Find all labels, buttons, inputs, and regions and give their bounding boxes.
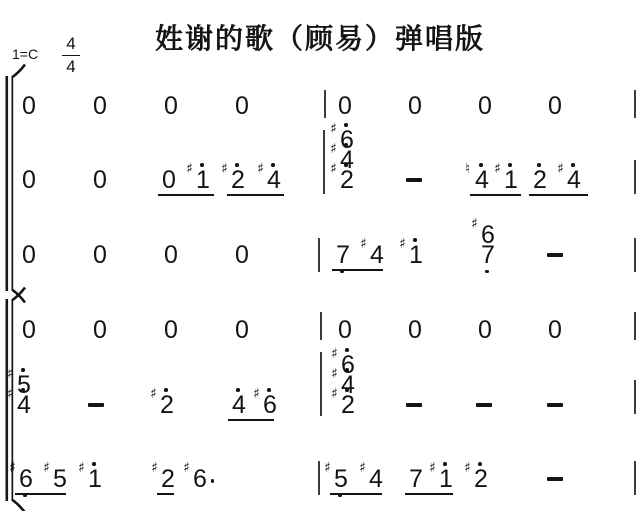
note-digit: 0 [164,320,178,340]
octave-dot-above [236,388,240,392]
duration-dash [547,403,563,407]
note-digit: 1 [504,170,518,190]
melody-note: 2 [533,170,548,190]
melody-note: 5♯ [53,469,68,489]
note-digit: 7 [409,469,423,489]
barline [634,380,636,414]
sharp-sign-icon: ♯ [78,461,85,475]
natural-sign-icon: ♮ [465,162,470,176]
sharp-sign-icon: ♯ [186,162,193,176]
sharp-sign-icon: ♯ [151,461,158,475]
rest-note: 0 [235,245,250,265]
melody-note: 2♯ [231,170,246,190]
melody-note: 4♯ [267,170,282,190]
sharp-sign-icon: ♯ [330,142,337,156]
duration-underline [330,493,382,495]
rest-note: 0 [22,320,37,340]
duration-dash [547,477,563,481]
sharp-sign-icon: ♯ [324,461,331,475]
sharp-sign-icon: ♯ [330,162,337,176]
note-digit: 6 [19,469,33,489]
note-digit: 2 [161,469,175,489]
melody-note: 4♯ [370,245,385,265]
octave-dot-above [479,163,483,167]
barline [318,238,320,272]
melody-note: 1♯ [504,170,519,190]
augmentation-dot [211,479,215,483]
note-digit: 6 [263,395,277,415]
octave-dot-above [21,368,25,372]
rest-note: 0 [162,170,177,190]
sharp-sign-icon: ♯ [330,122,337,136]
melody-note: 4♮ [475,170,490,190]
barline [634,160,636,194]
octave-dot-above [164,388,168,392]
barline [323,130,325,194]
note-digit: 0 [164,96,178,116]
note-digit: 0 [235,320,249,340]
barline [318,461,320,495]
note-digit: 2 [474,469,488,489]
note-digit: 0 [22,170,36,190]
rest-note: 0 [478,320,493,340]
sharp-sign-icon: ♯ [150,387,157,401]
note-digit: 0 [548,96,562,116]
note-digit: 0 [235,96,249,116]
note-digit: 0 [93,320,107,340]
note-digit: 4 [567,170,581,190]
note-digit: 0 [22,96,36,116]
duration-underline [470,194,521,196]
octave-dot-above [344,123,348,127]
rest-note: 0 [235,320,250,340]
duration-underline [228,419,274,421]
note-digit: 5 [53,469,67,489]
barline [634,461,636,495]
sharp-sign-icon: ♯ [331,387,338,401]
duration-underline [15,493,66,495]
sharp-sign-icon: ♯ [360,237,367,251]
barline [324,90,326,118]
sharp-sign-icon: ♯ [221,162,228,176]
note-digit: 4 [370,245,384,265]
melody-note: 2♯ [474,469,489,489]
rest-note: 0 [164,96,179,116]
rest-note: 0 [338,96,353,116]
note-digit: 2 [533,170,547,190]
melody-note: 6♯ [341,355,356,375]
note-digit: 0 [478,320,492,340]
octave-dot-above [508,163,512,167]
octave-dot-above [271,163,275,167]
duration-dash [88,403,104,407]
melody-note: 2♯ [160,395,175,415]
rest-note: 0 [164,245,179,265]
barline [634,90,636,118]
melody-note: 4♯ [567,170,582,190]
barline [320,352,322,416]
rest-note: 0 [22,245,37,265]
duration-underline [529,194,588,196]
note-digit: 6 [193,469,207,489]
rest-note: 0 [164,320,179,340]
sharp-sign-icon: ♯ [253,387,260,401]
note-digit: 0 [162,170,176,190]
melody-note: 1♯ [409,245,424,265]
duration-dash [476,403,492,407]
duration-dash [406,403,422,407]
sharp-sign-icon: ♯ [331,367,338,381]
sharp-sign-icon: ♯ [183,461,190,475]
octave-dot-above [267,388,271,392]
note-digit: 6 [341,355,355,375]
score-area: 000000000001♯2♯4♯2♯4♯6♯4♮1♯24♯000074♯1♯7… [0,0,640,511]
rest-note: 0 [22,170,37,190]
melody-note: 5♯ [17,375,32,395]
note-digit: 0 [478,96,492,116]
melody-note: 1♯ [196,170,211,190]
note-digit: 4 [232,395,246,415]
duration-dash [406,178,422,182]
note-digit: 7 [336,245,350,265]
melody-note: 1♯ [439,469,454,489]
note-digit: 0 [93,245,107,265]
melody-note: 4 [232,395,247,415]
octave-dot-above [92,462,96,466]
octave-dot-above [571,163,575,167]
sharp-sign-icon: ♯ [429,461,436,475]
melody-note: 7 [336,245,351,265]
octave-dot-below [485,270,489,274]
duration-underline [158,194,214,196]
note-digit: 1 [88,469,102,489]
note-digit: 6 [481,225,495,245]
duration-underline [157,493,174,495]
note-digit: 0 [408,96,422,116]
sharp-sign-icon: ♯ [557,162,564,176]
sheet-music-page: 姓谢的歌（顾易）弹唱版 1=C 4 4 000000000001♯2♯4♯2♯4… [0,0,640,511]
octave-dot-above [200,163,204,167]
duration-underline [227,194,284,196]
duration-underline [405,493,453,495]
note-digit: 0 [93,96,107,116]
octave-dot-above [478,462,482,466]
sharp-sign-icon: ♯ [43,461,50,475]
melody-note: 6♯ [340,130,355,150]
note-digit: 1 [439,469,453,489]
note-digit: 1 [196,170,210,190]
note-digit: 0 [93,170,107,190]
sharp-sign-icon: ♯ [7,367,14,381]
note-digit: 4 [369,469,383,489]
note-digit: 0 [338,320,352,340]
duration-underline [332,269,383,271]
rest-note: 0 [93,320,108,340]
octave-dot-above [443,462,447,466]
melody-note: 1♯ [88,469,103,489]
melody-note: 6♯ [263,395,278,415]
rest-note: 0 [408,320,423,340]
melody-note: 6♯ [481,225,496,245]
melody-note: 4♯ [369,469,384,489]
barline [634,238,636,272]
rest-note: 0 [93,245,108,265]
note-digit: 0 [235,245,249,265]
note-digit: 5 [17,375,31,395]
melody-note: 5♯ [334,469,349,489]
rest-note: 0 [93,170,108,190]
note-digit: 0 [22,320,36,340]
note-digit: 2 [231,170,245,190]
sharp-sign-icon: ♯ [399,237,406,251]
note-digit: 0 [548,320,562,340]
barline [634,312,636,340]
rest-note: 0 [548,320,563,340]
note-digit: 2 [160,395,174,415]
melody-note: 2♯ [161,469,176,489]
note-digit: 0 [338,96,352,116]
sharp-sign-icon: ♯ [359,461,366,475]
barline [320,312,322,340]
sharp-sign-icon: ♯ [257,162,264,176]
rest-note: 0 [338,320,353,340]
note-digit: 4 [475,170,489,190]
note-digit: 0 [408,320,422,340]
rest-note: 0 [478,96,493,116]
sharp-sign-icon: ♯ [7,387,14,401]
duration-dash [547,253,563,257]
melody-note: 6♯ [193,469,208,489]
melody-note: 6♯ [19,469,34,489]
note-digit: 5 [334,469,348,489]
sharp-sign-icon: ♯ [471,217,478,231]
rest-note: 0 [93,96,108,116]
note-digit: 0 [22,245,36,265]
melody-note: 7 [409,469,424,489]
sharp-sign-icon: ♯ [331,347,338,361]
rest-note: 0 [408,96,423,116]
octave-dot-above [537,163,541,167]
rest-note: 0 [548,96,563,116]
sharp-sign-icon: ♯ [464,461,471,475]
rest-note: 0 [235,96,250,116]
octave-dot-above [345,348,349,352]
note-digit: 4 [267,170,281,190]
note-digit: 6 [340,130,354,150]
octave-dot-above [235,163,239,167]
sharp-sign-icon: ♯ [9,461,16,475]
note-digit: 0 [164,245,178,265]
rest-note: 0 [22,96,37,116]
sharp-sign-icon: ♯ [494,162,501,176]
note-digit: 1 [409,245,423,265]
octave-dot-above [413,238,417,242]
